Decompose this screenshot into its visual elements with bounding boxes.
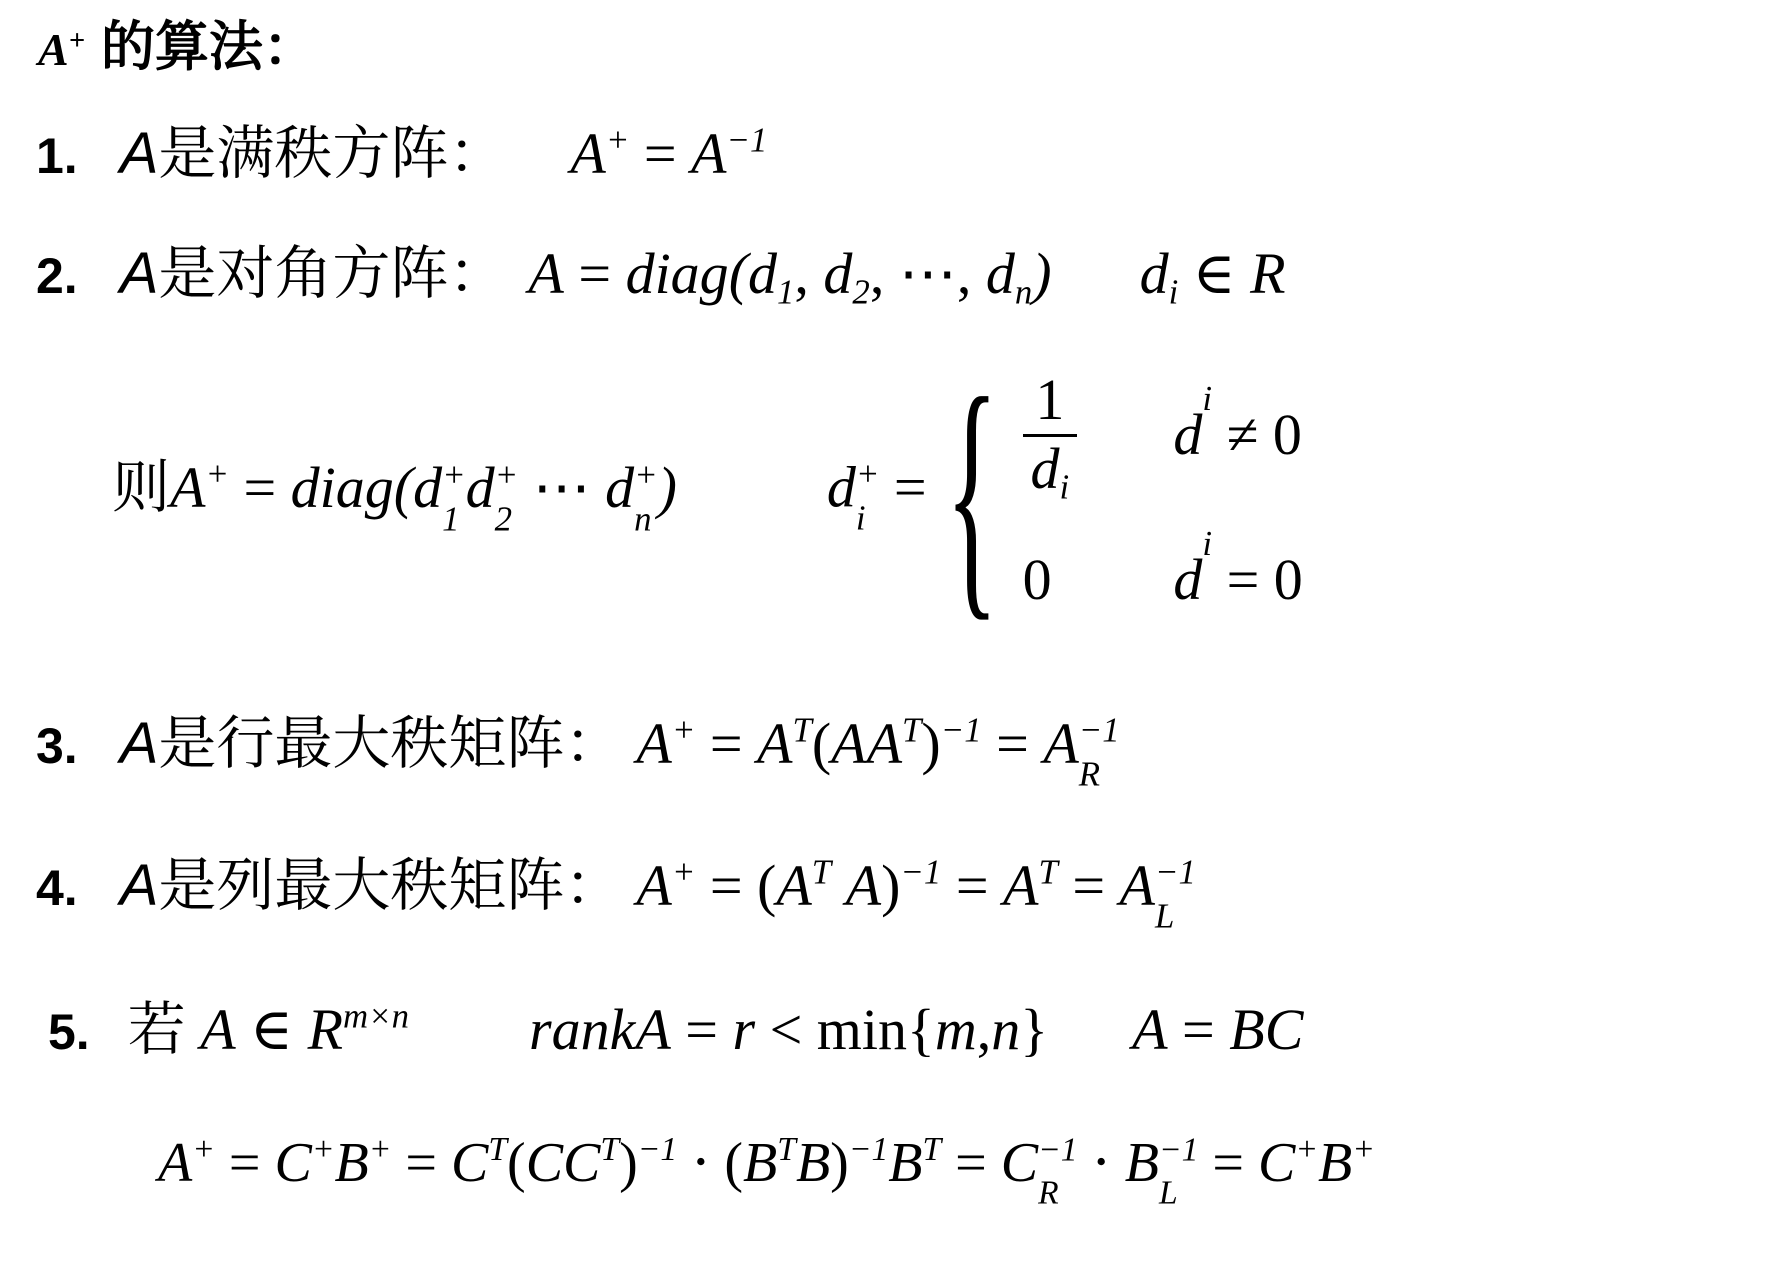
item-3-formula: A+ = AT(AAT)−1 = A−1R: [636, 708, 1119, 789]
item-2-di-plus-cases: d+i = {1didi ≠ 00di = 0: [827, 370, 1303, 617]
item-1-label: A是满秩方阵：: [120, 118, 507, 191]
list-item-3: 3. A是行最大秩矩阵： A+ = AT(AAT)−1 = A−1R: [36, 708, 1120, 789]
item-2-number: 2.: [36, 247, 78, 305]
item-4-label: A是列最大秩矩阵：: [120, 850, 623, 923]
item-1-number: 1.: [36, 127, 78, 185]
item-2-label: A是对角方阵：: [120, 238, 507, 311]
list-item-2-piecewise: 则A+ = diag(d+1d+2 ⋯ d+n) d+i = {1didi ≠ …: [112, 338, 1303, 648]
item-5-pseudoinverse-formula: A+ = C+B+ = CT(CCT)−1 ⋅ (BTB)−1BT = C−1R…: [158, 1128, 1375, 1206]
item-5-rank-formula: rankA = r < min{m,n}: [529, 994, 1048, 1067]
item-5-label: 若 A ∈ Rm×n: [128, 994, 409, 1067]
item-4-number: 4.: [36, 859, 78, 917]
item-1-formula: A+ = A−1: [570, 118, 767, 191]
item-2-diag-formula: A = diag(d1, d2, ⋯, dn): [528, 238, 1051, 311]
heading-row: A+ 的算法：: [38, 4, 317, 81]
item-3-label: A是行最大秩矩阵：: [120, 708, 623, 781]
list-item-5-result: A+ = C+B+ = CT(CCT)−1 ⋅ (BTB)−1BT = C−1R…: [158, 1128, 1375, 1206]
lecture-slide: A+ 的算法： 1. A是满秩方阵： A+ = A−1 2. A是对角方阵： A…: [0, 0, 1790, 1262]
page-title: 的算法：: [101, 4, 317, 81]
item-2-di-in-r: di ∈ R: [1140, 238, 1286, 311]
list-item-2: 2. A是对角方阵： A = diag(d1, d2, ⋯, dn) di ∈ …: [36, 238, 1286, 311]
item-3-number: 3.: [36, 717, 78, 775]
item-2-then-diag-formula: 则A+ = diag(d+1d+2 ⋯ d+n): [112, 452, 677, 533]
item-5-bc-formula: A = BC: [1132, 994, 1303, 1067]
list-item-1: 1. A是满秩方阵： A+ = A−1: [36, 118, 767, 191]
list-item-4: 4. A是列最大秩矩阵： A+ = (AT A)−1 = AT = A−1L: [36, 850, 1196, 931]
item-5-number: 5.: [48, 1003, 90, 1061]
heading-math-a-plus: A+: [38, 23, 85, 76]
list-item-5: 5. 若 A ∈ Rm×n rankA = r < min{m,n} A = B…: [48, 994, 1303, 1067]
item-4-formula: A+ = (AT A)−1 = AT = A−1L: [636, 850, 1195, 931]
